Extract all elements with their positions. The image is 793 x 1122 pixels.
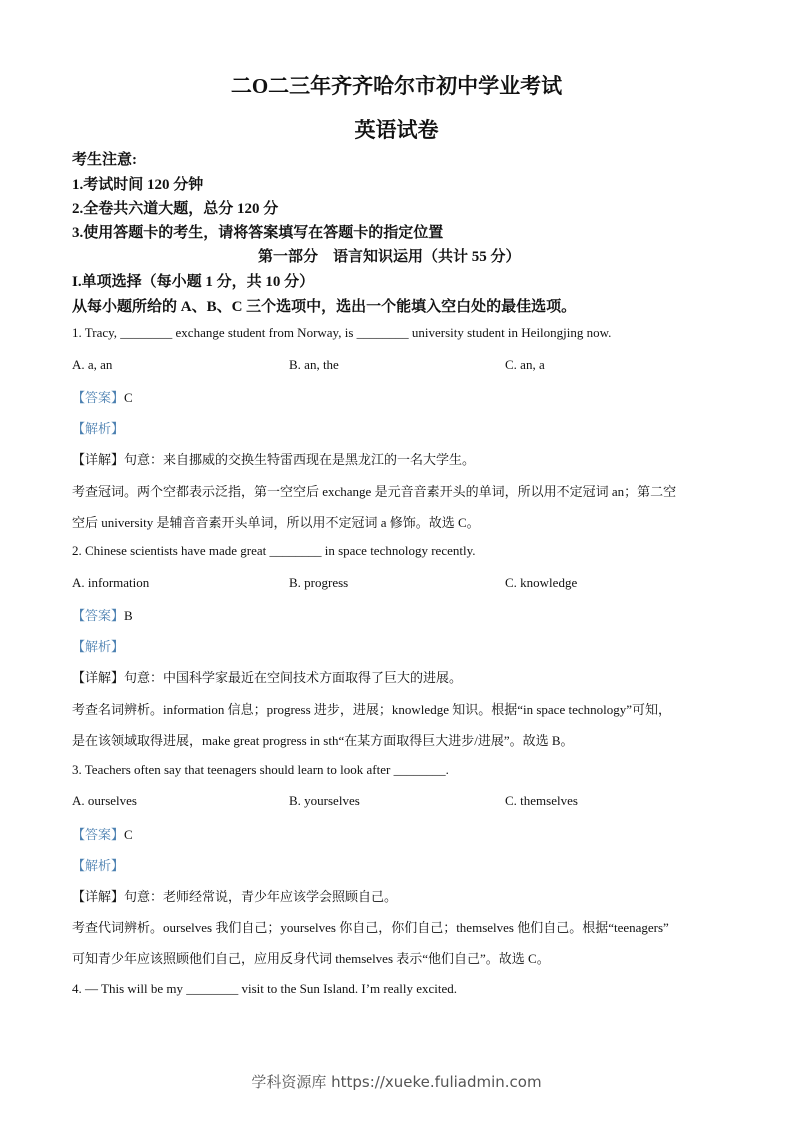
option-b: B. yourselves	[289, 793, 360, 809]
part-title: 第一部分 语言知识运用（共计 55 分）	[258, 245, 521, 266]
explanation-line: 考查名词辨析。information 信息；progress 进步，进展；kno…	[72, 699, 671, 718]
explanation-line: 空后 university 是辅音音素开头单词，所以用不定冠词 a 修饰。故选 …	[72, 512, 480, 531]
exam-title: 二O二三年齐齐哈尔市初中学业考试	[0, 70, 793, 100]
option-a: A. ourselves	[72, 793, 137, 809]
detail-text: 句意：中国科学家最近在空间技术方面取得了巨大的进展。	[124, 670, 462, 685]
detail-line: 【详解】句意：老师经常说，青少年应该学会照顾自己。	[72, 886, 397, 905]
answer-line: 【答案】C	[72, 824, 133, 843]
notice-heading: 考生注意:	[72, 148, 137, 169]
analysis-label: 【解析】	[72, 636, 124, 655]
question-stem: 3. Teachers often say that teenagers sho…	[72, 762, 449, 778]
analysis-label: 【解析】	[72, 418, 124, 437]
option-c: C. themselves	[505, 793, 578, 809]
answer-value: B	[124, 608, 133, 623]
question-stem: 2. Chinese scientists have made great __…	[72, 543, 475, 559]
answer-value: C	[124, 827, 133, 842]
explanation-line: 考查代词辨析。ourselves 我们自己；yourselves 你自己，你们自…	[72, 917, 669, 936]
section-instruction: 从每小题所给的 A、B、C 三个选项中，选出一个能填入空白处的最佳选项。	[72, 295, 576, 316]
analysis-label: 【解析】	[72, 855, 124, 874]
footer-watermark: 学科资源库 https://xueke.fuliadmin.com	[0, 1071, 793, 1092]
notice-item: 3.使用答题卡的考生，请将答案填写在答题卡的指定位置	[72, 221, 443, 242]
explanation-line: 是在该领域取得进展，make great progress in sth“在某方…	[72, 730, 574, 749]
detail-label: 【详解】	[72, 889, 124, 904]
answer-label: 【答案】	[72, 827, 124, 842]
detail-line: 【详解】句意：来自挪威的交换生特雷西现在是黑龙江的一名大学生。	[72, 449, 475, 468]
notice-item: 2.全卷共六道大题，总分 120 分	[72, 197, 278, 218]
option-a: A. information	[72, 575, 149, 591]
answer-label: 【答案】	[72, 390, 124, 405]
option-c: C. knowledge	[505, 575, 577, 591]
answer-line: 【答案】B	[72, 605, 133, 624]
detail-text: 句意：老师经常说，青少年应该学会照顾自己。	[124, 889, 397, 904]
option-c: C. an, a	[505, 357, 545, 373]
exam-page: 二O二三年齐齐哈尔市初中学业考试 英语试卷 考生注意: 1.考试时间 120 分…	[0, 0, 793, 1122]
exam-subtitle: 英语试卷	[0, 114, 793, 144]
answer-label: 【答案】	[72, 608, 124, 623]
explanation-line: 考查冠词。两个空都表示泛指，第一空空后 exchange 是元音音素开头的单词，…	[72, 481, 676, 500]
answer-line: 【答案】C	[72, 387, 133, 406]
question-stem: 4. — This will be my ________ visit to t…	[72, 981, 457, 997]
option-b: B. progress	[289, 575, 348, 591]
detail-label: 【详解】	[72, 670, 124, 685]
detail-line: 【详解】句意：中国科学家最近在空间技术方面取得了巨大的进展。	[72, 667, 462, 686]
detail-text: 句意：来自挪威的交换生特雷西现在是黑龙江的一名大学生。	[124, 452, 475, 467]
section-title: I.单项选择（每小题 1 分，共 10 分）	[72, 270, 314, 291]
question-stem: 1. Tracy, ________ exchange student from…	[72, 325, 611, 341]
answer-value: C	[124, 390, 133, 405]
detail-label: 【详解】	[72, 452, 124, 467]
option-a: A. a, an	[72, 357, 112, 373]
explanation-line: 可知青少年应该照顾他们自己，应用反身代词 themselves 表示“他们自己”…	[72, 948, 550, 967]
notice-item: 1.考试时间 120 分钟	[72, 173, 203, 194]
option-b: B. an, the	[289, 357, 339, 373]
